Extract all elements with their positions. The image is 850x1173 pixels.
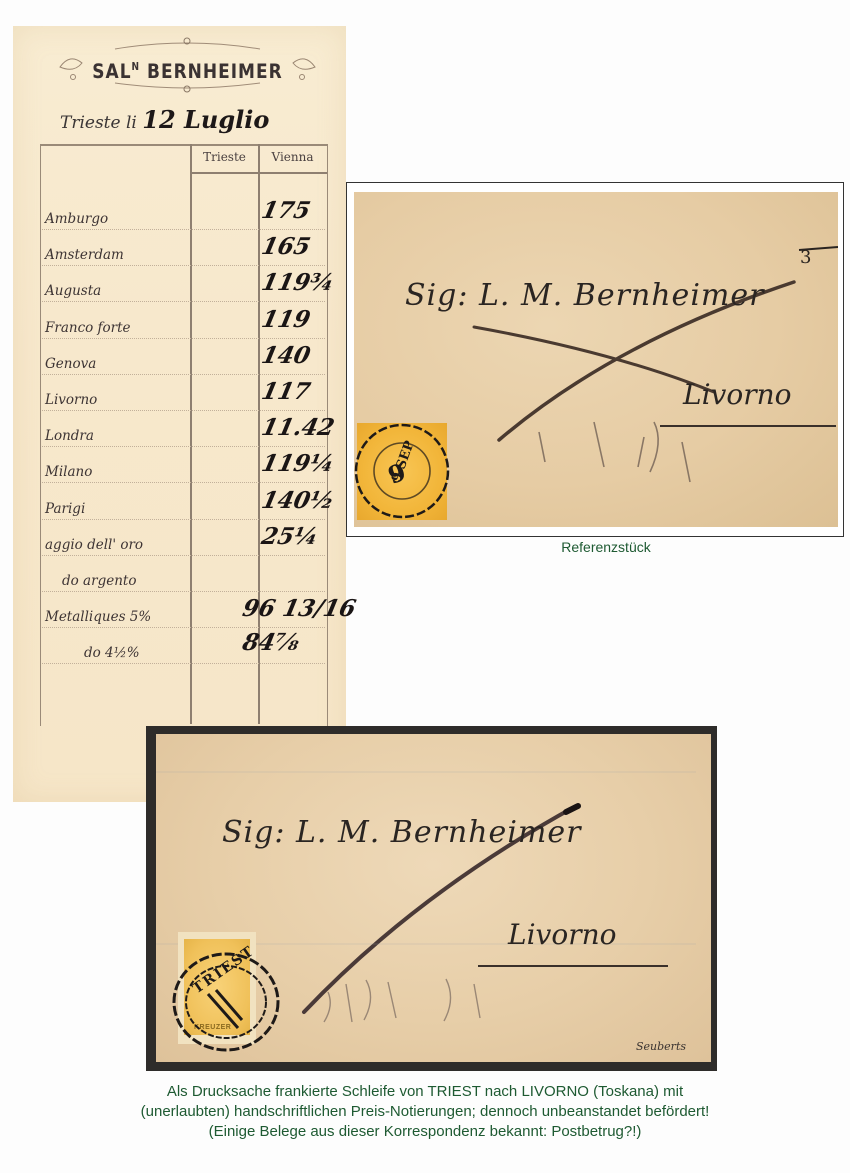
price-row-value-vienna: 119: [259, 306, 313, 333]
price-row-value-vienna: 84⅞: [240, 629, 302, 656]
price-row-value-vienna: 175: [259, 197, 313, 224]
firm-name-sup: N: [132, 62, 141, 74]
price-row-value-vienna: 119¾: [259, 269, 337, 296]
price-row-value-vienna: 140½: [259, 487, 337, 514]
price-row-label: aggio dell' oro: [45, 537, 143, 553]
reference-caption: Referenzstück: [346, 539, 850, 555]
price-row-value-vienna: 119¼: [259, 450, 337, 477]
price-row-label: Metalliques 5%: [45, 609, 151, 625]
price-row-label: do 4½%: [84, 645, 140, 661]
price-row-value-vienna: 96 13/16: [240, 595, 358, 622]
main-addressee: Sig: L. M. Bernheimer: [222, 815, 581, 850]
date-label: Trieste li: [60, 113, 137, 133]
row-rule: [42, 663, 325, 664]
caption-line: (unerlaubten) handschriftlichen Preis-No…: [0, 1102, 850, 1122]
price-row-value-vienna: 140: [259, 342, 313, 369]
column-divider: [190, 144, 192, 724]
price-row-value-vienna: 25¼: [259, 523, 321, 550]
price-row-label: Franco forte: [45, 320, 131, 336]
price-row-label: Amburgo: [45, 211, 108, 227]
column-header-vienna: Vienna: [259, 150, 326, 164]
firm-name: SALN BERNHEIMER: [60, 61, 315, 84]
row-rule: [42, 519, 325, 520]
row-rule: [42, 301, 325, 302]
caption: Als Drucksache frankierte Schleife von T…: [0, 1082, 850, 1142]
caption-line: (Einige Belege aus dieser Korrespondenz …: [0, 1122, 850, 1142]
price-row-label: Augusta: [45, 283, 101, 299]
main-destination: Livorno: [508, 918, 617, 951]
destination-underline: [478, 965, 668, 967]
row-rule: [42, 338, 325, 339]
price-row-value-vienna: 165: [259, 233, 313, 260]
price-row-label: Livorno: [45, 392, 97, 408]
row-rule: [42, 482, 325, 483]
initials: Seuberts: [636, 1040, 686, 1053]
price-row-label: Milano: [45, 464, 92, 480]
price-row-label: Parigi: [45, 501, 85, 517]
row-rule: [42, 410, 325, 411]
price-row-label: do argento: [62, 573, 136, 589]
firm-name-text: BERNHEIMER: [147, 61, 283, 84]
firm-name-prefix: SAL: [92, 61, 131, 84]
destination-underline: [660, 425, 836, 427]
row-rule: [42, 265, 325, 266]
price-row-label: Londra: [45, 428, 94, 444]
row-rule: [42, 229, 325, 230]
date-handwritten: 12 Luglio: [142, 105, 269, 134]
price-row-value-vienna: 117: [259, 378, 313, 405]
corner-mark: 3: [800, 247, 811, 268]
price-row-value-vienna: 11.42: [259, 414, 337, 441]
price-row-label: Genova: [45, 356, 96, 372]
header-rule: [190, 172, 327, 174]
price-row-label: Amsterdam: [45, 247, 124, 263]
row-rule: [42, 591, 325, 592]
row-rule: [42, 446, 325, 447]
row-rule: [42, 374, 325, 375]
column-header-trieste: Trieste: [191, 150, 258, 164]
date-line: Trieste li 12 Luglio: [60, 105, 269, 134]
reference-addressee: Sig: L. M. Bernheimer: [405, 278, 764, 313]
row-rule: [42, 555, 325, 556]
reference-destination: Livorno: [683, 378, 792, 411]
caption-line: Als Drucksache frankierte Schleife von T…: [0, 1082, 850, 1102]
